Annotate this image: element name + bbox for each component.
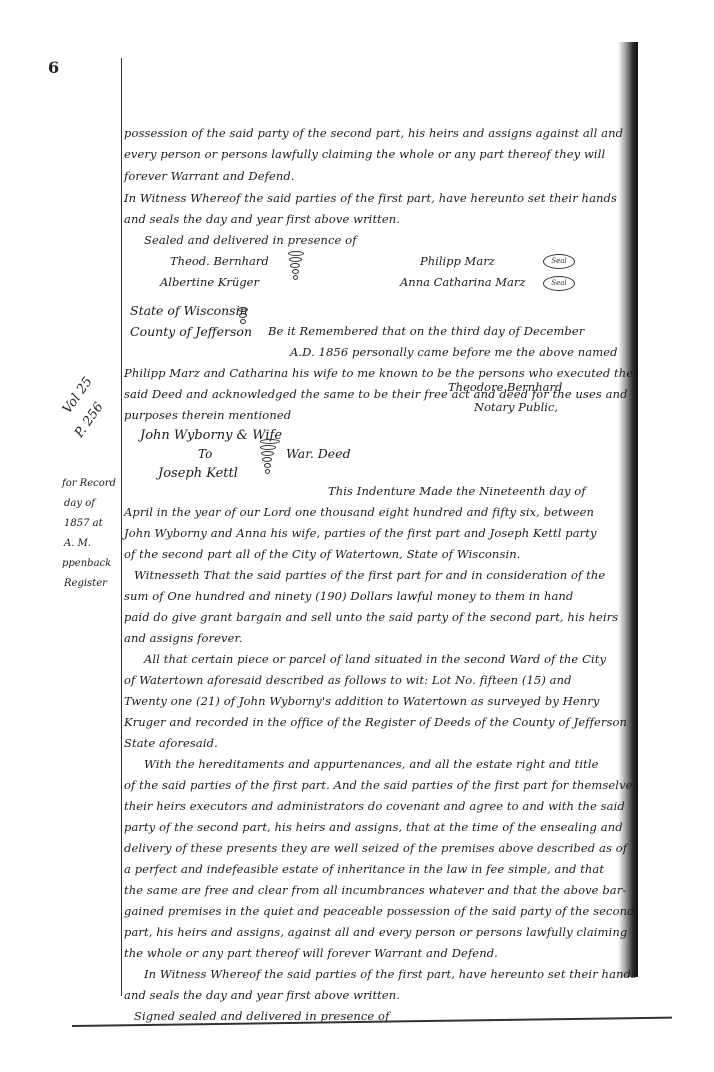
text-line: This Indenture Made the Nineteenth day o…	[328, 484, 586, 498]
text-line: party of the second part, his heirs and …	[124, 820, 623, 834]
text-line: delivery of these presents they are well…	[124, 841, 627, 855]
text-line: paid do give grant bargain and sell unto…	[124, 610, 618, 624]
venue-state: State of Wisconsin	[130, 303, 248, 318]
text-line: and seals the day and year first above w…	[124, 212, 400, 226]
text-line: possession of the said party of the seco…	[124, 126, 623, 140]
text-line: Sealed and delivered in presence of	[144, 233, 357, 247]
deed-type: War. Deed	[286, 446, 351, 461]
venue-county: County of Jefferson	[130, 324, 252, 339]
text-line: All that certain piece or parcel of land…	[144, 652, 606, 666]
text-line: of the said parties of the first part. A…	[124, 778, 639, 792]
page-number: 6	[48, 58, 59, 77]
text-line: forever Warrant and Defend.	[124, 169, 295, 183]
text-line: Twenty one (21) of John Wyborny's additi…	[124, 694, 599, 708]
text-line: A.D. 1856 personally came before me the …	[290, 345, 618, 359]
text-line: every person or persons lawfully claimin…	[124, 147, 605, 161]
text-line: purposes therein mentioned	[124, 408, 291, 422]
grantor-signature: Anna Catharina Marz	[400, 275, 525, 289]
seal-stamp: Seal	[543, 254, 575, 269]
text-line: of Watertown aforesaid described as foll…	[124, 673, 572, 687]
text-line: a perfect and indefeasible estate of inh…	[124, 862, 604, 876]
text-line: their heirs executors and administrators…	[124, 799, 625, 813]
record-note: day of	[64, 498, 95, 509]
text-line: In Witness Whereof the said parties of t…	[124, 191, 617, 205]
text-line: the whole or any part thereof will forev…	[124, 946, 498, 960]
margin-rule	[121, 58, 122, 996]
witness-signature: Albertine Krüger	[160, 275, 259, 289]
bracket-scroll-icon	[260, 438, 274, 475]
record-note: ppenback	[62, 558, 111, 569]
text-line: Witnesseth That the said parties of the …	[134, 568, 605, 582]
text-line: In Witness Whereof the said parties of t…	[144, 967, 637, 981]
notary-signature: Theodore Bernhard	[448, 380, 562, 394]
grantor-signature: Philipp Marz	[420, 254, 495, 268]
scan-shadow-edge	[618, 42, 638, 977]
record-note: Register	[64, 578, 107, 589]
deed-grantee: Joseph Kettl	[158, 466, 238, 481]
notary-title: Notary Public,	[474, 400, 558, 414]
text-line: and seals the day and year first above w…	[124, 988, 400, 1002]
seal-stamp: Seal	[543, 276, 575, 291]
bracket-scroll-icon	[236, 306, 250, 325]
text-line: John Wyborny and Anna his wife, parties …	[124, 526, 597, 540]
deed-to: To	[198, 447, 212, 461]
record-note: 1857 at	[64, 518, 103, 529]
witness-signature: Theod. Bernhard	[170, 254, 269, 268]
text-line: Kruger and recorded in the office of the…	[124, 715, 627, 729]
text-line: State aforesaid.	[124, 736, 218, 750]
record-note: for Record	[62, 478, 116, 489]
text-line: and assigns forever.	[124, 631, 243, 645]
text-line: sum of One hundred and ninety (190) Doll…	[124, 589, 573, 603]
text-line: of the second part all of the City of Wa…	[124, 547, 520, 561]
text-line: April in the year of our Lord one thousa…	[124, 505, 594, 519]
text-line: the same are free and clear from all inc…	[124, 883, 626, 897]
text-line: Philipp Marz and Catharina his wife to m…	[124, 366, 633, 380]
text-line: gained premises in the quiet and peaceab…	[124, 904, 635, 918]
text-line: With the hereditaments and appurtenances…	[144, 757, 599, 771]
text-line: part, his heirs and assigns, against all…	[124, 925, 627, 939]
seal-scroll-icon	[288, 250, 302, 281]
text-line: Be it Remembered that on the third day o…	[268, 324, 584, 338]
record-note: A. M.	[64, 538, 91, 549]
